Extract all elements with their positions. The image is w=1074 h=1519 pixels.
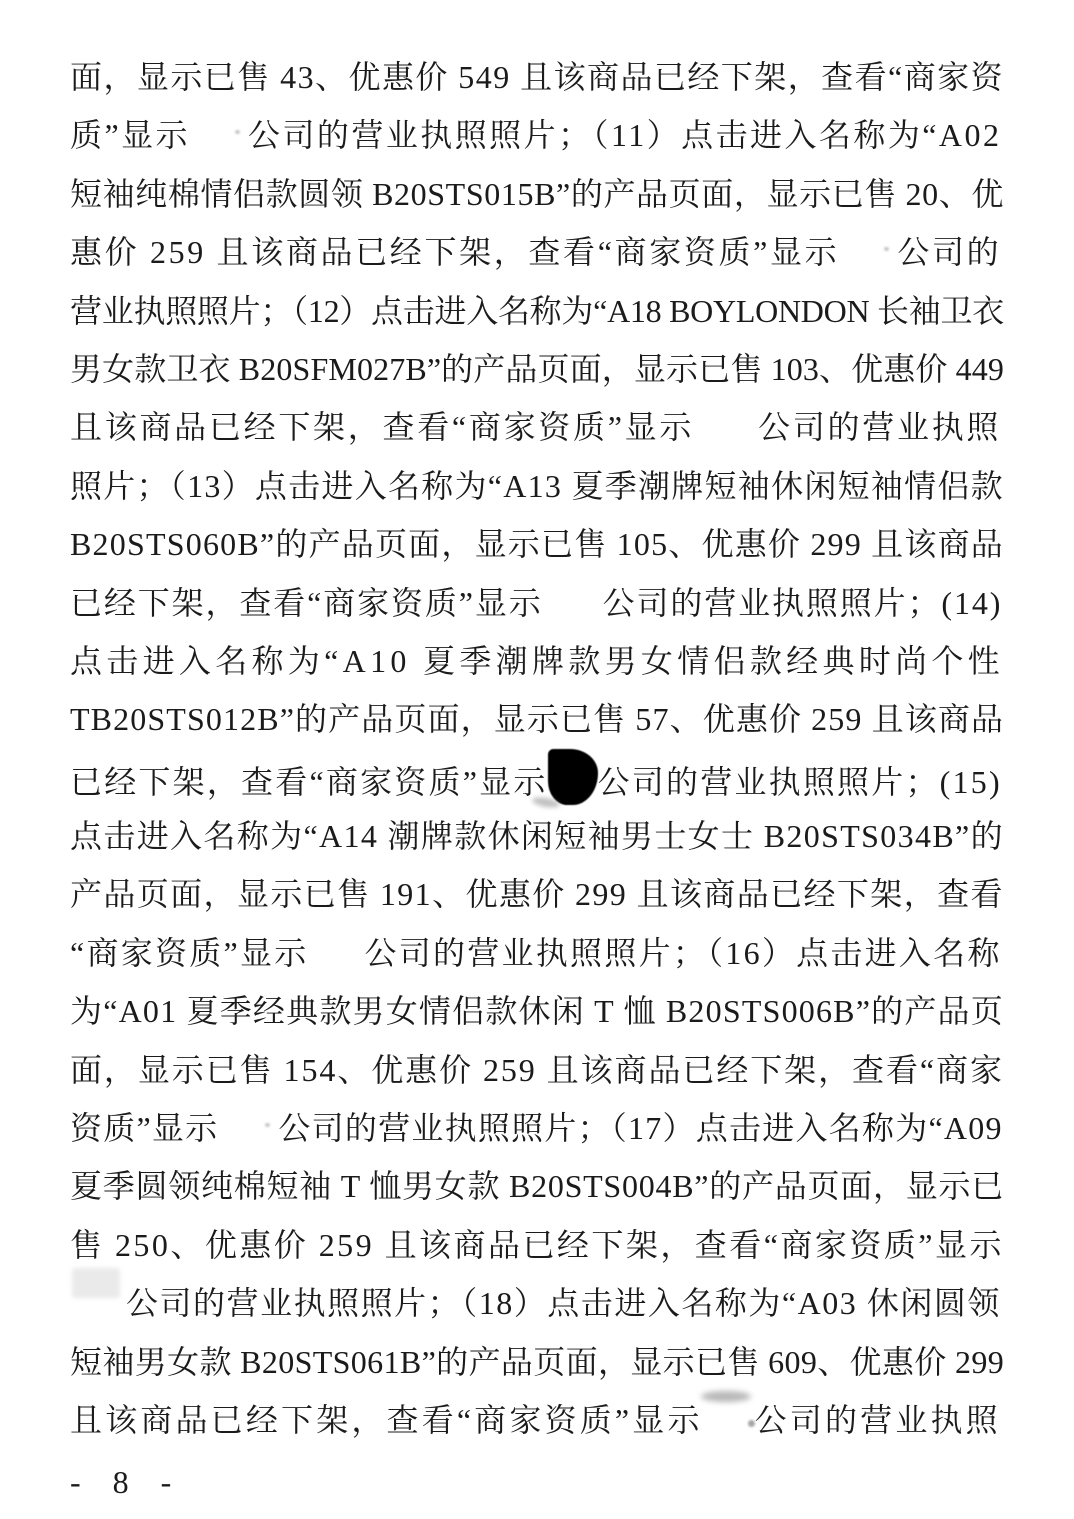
text-line-24: 且该商品已经下架，查看“商家资质”显示公司的营业执照 [70,1391,1004,1449]
text-segment: 公司的营业执照 [758,409,1001,445]
redaction-gap [70,1306,126,1314]
text-line-content: 质”显示公司的营业执照照片；（11）点击进入名称为“A02 [70,106,1001,164]
text-segment: B20STS060B”的产品页面，显示已售 105、优惠价 299 且该商品 [70,526,1004,562]
text-segment: 售 250、优惠价 259 且该商品已经下架，查看“商家资质”显示 [70,1227,1004,1263]
text-line-16: “商家资质”显示公司的营业执照照片；（16）点击进入名称 [70,924,1004,982]
redaction-gap [839,255,897,263]
text-line-content: B20STS060B”的产品页面，显示已售 105、优惠价 299 且该商品 [70,515,1004,573]
text-line-content: 点击进入名称为“A14 潮牌款休闲短袖男士女士 B20STS034B”的 [70,807,1004,865]
text-line-13: 已经下架，查看“商家资质”显示公司的营业执照照片；(15) [70,749,1004,807]
text-segment: 公司的营业执照照片；(15) [598,764,1002,800]
text-line-content: 为“A01 夏季经典款男女情侣款休闲 T 恤 B20STS006B”的产品页 [70,982,1004,1040]
text-line-12: TB20STS012B”的产品页面，显示已售 57、优惠价 259 且该商品 [70,690,1004,748]
text-line-7: 且该商品已经下架，查看“商家资质”显示公司的营业执照 [70,398,1004,456]
text-segment: 点击进入名称为“A14 潮牌款休闲短袖男士女士 B20STS034B”的 [70,818,1004,854]
document-lines: 面，显示已售 43、优惠价 549 且该商品已经下架，查看“商家资质”显示公司的… [70,48,1004,1449]
text-line-22: 公司的营业执照照片；（18）点击进入名称为“A03 休闲圆领 [70,1274,1004,1332]
text-segment: 夏季圆领纯棉短袖 T 恤男女款 B20STS004B”的产品页面，显示已 [70,1168,1004,1204]
redaction-smudge [703,1391,755,1431]
text-segment: 资质”显示 [70,1110,218,1146]
text-segment: 且该商品已经下架，查看“商家资质”显示 [70,409,694,445]
text-segment: 照片；（13）点击进入名称为“A13 夏季潮牌短袖休闲短袖情侣款 [70,468,1004,504]
redaction-gap [694,430,758,438]
redaction-blob [548,749,598,805]
text-segment: 公司的营业执照 [755,1402,1001,1438]
text-segment: 已经下架，查看“商家资质”显示 [70,764,548,800]
text-line-11: 点击进入名称为“A10 夏季潮牌款男女情侣款经典时尚个性 [70,632,1004,690]
text-segment: 公司的营业执照照片；（11）点击进入名称为“A02 [248,117,1001,153]
redaction-gap [543,606,603,614]
text-segment: 面，显示已售 43、优惠价 549 且该商品已经下架，查看“商家资 [70,59,1004,95]
page-number: - 8 - [70,1462,183,1502]
text-segment: 且该商品已经下架，查看“商家资质”显示 [70,1402,703,1438]
text-line-content: 售 250、优惠价 259 且该商品已经下架，查看“商家资质”显示 [70,1216,1004,1274]
redaction-gap [218,1131,278,1139]
text-segment: “商家资质”显示 [70,935,309,971]
text-line-content: 已经下架，查看“商家资质”显示公司的营业执照照片；(15) [70,749,1002,811]
text-segment: 公司的营业执照照片；（18）点击进入名称为“A03 休闲圆领 [126,1285,1001,1321]
text-line-content: 照片；（13）点击进入名称为“A13 夏季潮牌短袖休闲短袖情侣款 [70,457,1004,515]
text-line-15: 产品页面，显示已售 191、优惠价 299 且该商品已经下架，查看 [70,865,1004,923]
text-segment: 面，显示已售 154、优惠价 259 且该商品已经下架，查看“商家 [70,1052,1004,1088]
text-line-content: 已经下架，查看“商家资质”显示公司的营业执照照片；(14) [70,574,1002,632]
text-segment: 惠价 259 且该商品已经下架，查看“商家资质”显示 [70,234,839,270]
text-line-17: 为“A01 夏季经典款男女情侣款休闲 T 恤 B20STS006B”的产品页 [70,982,1004,1040]
text-line-2: 质”显示公司的营业执照照片；（11）点击进入名称为“A02 [70,106,1004,164]
text-line-3: 短袖纯棉情侣款圆领 B20STS015B”的产品页面，显示已售 20、优 [70,165,1004,223]
text-segment: TB20STS012B”的产品页面，显示已售 57、优惠价 259 且该商品 [70,701,1004,737]
text-line-8: 照片；（13）点击进入名称为“A13 夏季潮牌短袖休闲短袖情侣款 [70,457,1004,515]
text-line-content: TB20STS012B”的产品页面，显示已售 57、优惠价 259 且该商品 [70,690,1004,748]
text-line-18: 面，显示已售 154、优惠价 259 且该商品已经下架，查看“商家 [70,1041,1004,1099]
text-line-19: 资质”显示公司的营业执照照片；（17）点击进入名称为“A09 [70,1099,1004,1157]
smudge-dot-icon [748,1420,755,1427]
text-line-14: 点击进入名称为“A14 潮牌款休闲短袖男士女士 B20STS034B”的 [70,807,1004,865]
text-line-5: 营业执照照片；（12）点击进入名称为“A18 BOYLONDON 长袖卫衣 [70,282,1004,340]
text-segment: 短袖男女款 B20STS061B”的产品页面，显示已售 609、优惠价 299 [70,1344,1004,1380]
text-segment: 营业执照照片；（12）点击进入名称为“A18 BOYLONDON 长袖卫衣 [70,293,1004,329]
text-line-content: 资质”显示公司的营业执照照片；（17）点击进入名称为“A09 [70,1099,1003,1157]
text-segment: 质”显示 [70,117,190,153]
text-line-content: 点击进入名称为“A10 夏季潮牌款男女情侣款经典时尚个性 [70,632,1004,690]
text-segment: 男女款卫衣 B20SFM027B”的产品页面，显示已售 103、优惠价 449 [70,351,1004,387]
text-line-content: 男女款卫衣 B20SFM027B”的产品页面，显示已售 103、优惠价 449 [70,340,1004,398]
text-segment: 短袖纯棉情侣款圆领 B20STS015B”的产品页面，显示已售 20、优 [70,176,1004,212]
text-segment: 已经下架，查看“商家资质”显示 [70,585,543,621]
text-line-21: 售 250、优惠价 259 且该商品已经下架，查看“商家资质”显示 [70,1216,1004,1274]
scanned-document-page: 面，显示已售 43、优惠价 549 且该商品已经下架，查看“商家资质”显示公司的… [0,0,1074,1519]
text-line-content: 且该商品已经下架，查看“商家资质”显示公司的营业执照 [70,398,1001,456]
text-line-6: 男女款卫衣 B20SFM027B”的产品页面，显示已售 103、优惠价 449 [70,340,1004,398]
text-line-23: 短袖男女款 B20STS061B”的产品页面，显示已售 609、优惠价 299 [70,1333,1004,1391]
text-line-content: 产品页面，显示已售 191、优惠价 299 且该商品已经下架，查看 [70,865,1004,923]
text-line-content: 短袖男女款 B20STS061B”的产品页面，显示已售 609、优惠价 299 [70,1333,1004,1391]
text-line-content: “商家资质”显示公司的营业执照照片；（16）点击进入名称 [70,924,1002,982]
text-segment: 为“A01 夏季经典款男女情侣款休闲 T 恤 B20STS006B”的产品页 [70,993,1004,1029]
text-segment: 公司的营业执照照片；（17）点击进入名称为“A09 [278,1110,1002,1146]
text-line-content: 短袖纯棉情侣款圆领 B20STS015B”的产品页面，显示已售 20、优 [70,165,1004,223]
text-line-4: 惠价 259 且该商品已经下架，查看“商家资质”显示公司的 [70,223,1004,281]
text-line-content: 且该商品已经下架，查看“商家资质”显示公司的营业执照 [70,1391,1001,1449]
text-line-10: 已经下架，查看“商家资质”显示公司的营业执照照片；(14) [70,574,1004,632]
text-line-content: 面，显示已售 154、优惠价 259 且该商品已经下架，查看“商家 [70,1041,1004,1099]
text-line-content: 夏季圆领纯棉短袖 T 恤男女款 B20STS004B”的产品页面，显示已 [70,1157,1004,1215]
text-segment: 产品页面，显示已售 191、优惠价 299 且该商品已经下架，查看 [70,876,1004,912]
text-line-content: 惠价 259 且该商品已经下架，查看“商家资质”显示公司的 [70,223,1001,281]
text-line-content: 公司的营业执照照片；（18）点击进入名称为“A03 休闲圆领 [70,1274,1001,1332]
text-line-content: 营业执照照片；（12）点击进入名称为“A18 BOYLONDON 长袖卫衣 [70,282,1004,340]
text-segment: 点击进入名称为“A10 夏季潮牌款男女情侣款经典时尚个性 [70,643,1004,679]
text-line-9: B20STS060B”的产品页面，显示已售 105、优惠价 299 且该商品 [70,515,1004,573]
smudge-mark-icon [701,1391,751,1402]
redaction-gap [190,138,248,146]
text-line-20: 夏季圆领纯棉短袖 T 恤男女款 B20STS004B”的产品页面，显示已 [70,1157,1004,1215]
text-segment: 公司的营业执照照片；（16）点击进入名称 [365,935,1002,971]
redaction-gap [309,956,365,964]
text-line-1: 面，显示已售 43、优惠价 549 且该商品已经下架，查看“商家资 [70,48,1004,106]
text-line-content: 面，显示已售 43、优惠价 549 且该商品已经下架，查看“商家资 [70,48,1004,106]
text-segment: 公司的 [897,234,1001,270]
text-segment: 公司的营业执照照片；(14) [603,585,1003,621]
